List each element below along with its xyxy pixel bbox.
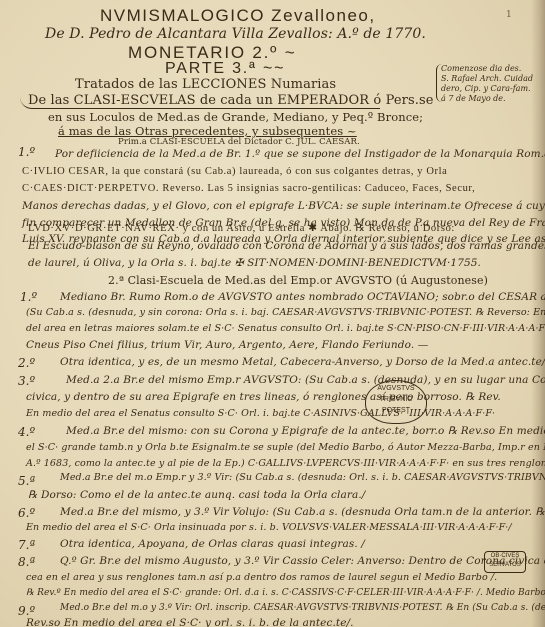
entry-line: Manos derechas dadas, y el Glovo, con el…	[22, 200, 545, 212]
entry-line: Por defiiciencia de la Med.a de Br. 1.º …	[55, 148, 545, 160]
margin-note-line-1: Comenzose dia des.	[441, 64, 545, 74]
margin-note-line-3: dero, Cip. y Cara-fam.	[441, 84, 545, 94]
intro-line-3: á mas de las Otras precedentes, y subseq…	[58, 124, 357, 138]
intro-line-1: De las CLASI-ESCVELAS de cada un EMPERAD…	[28, 93, 434, 108]
section1-heading: Prim.a CLASI-ESCUELA del Dictador C. JUL…	[118, 137, 360, 147]
title-line-4: PARTE 3.ª ~~	[165, 60, 285, 78]
title-line-2: De D. Pedro de Alcantara Villa Zevallos:…	[45, 26, 426, 42]
margin-note-line-2: S. Rafael Arch. Cuidad	[441, 74, 545, 84]
entry-line: fin comparecer un Medallon de Gran Br.e …	[22, 217, 545, 229]
margin-note: Comenzose dia des. S. Rafael Arch. Cuida…	[436, 64, 545, 102]
title-line-1: NVMISMALOGICO Zevalloneo,	[100, 6, 376, 26]
page-number: 1	[506, 10, 512, 20]
intro-line-2: en sus Loculos de Med.as de Grande, Medi…	[48, 110, 423, 124]
entry-number: 1.º	[18, 145, 35, 159]
manuscript-page: 1 NVMISMALOGICO Zevalloneo, De D. Pedro …	[0, 0, 545, 627]
entry-line: Luis XV. reynante con su Cab.a d.a laure…	[22, 233, 545, 245]
entry-line: C·IVLIO CESAR, la que constará (su Cab.a…	[22, 166, 447, 177]
entry-line: C·CAES·DICT·PERPETVO. Reverso. Las 5 ins…	[22, 183, 475, 194]
margin-note-line-4: á 7 de Mayo de.	[441, 94, 545, 104]
